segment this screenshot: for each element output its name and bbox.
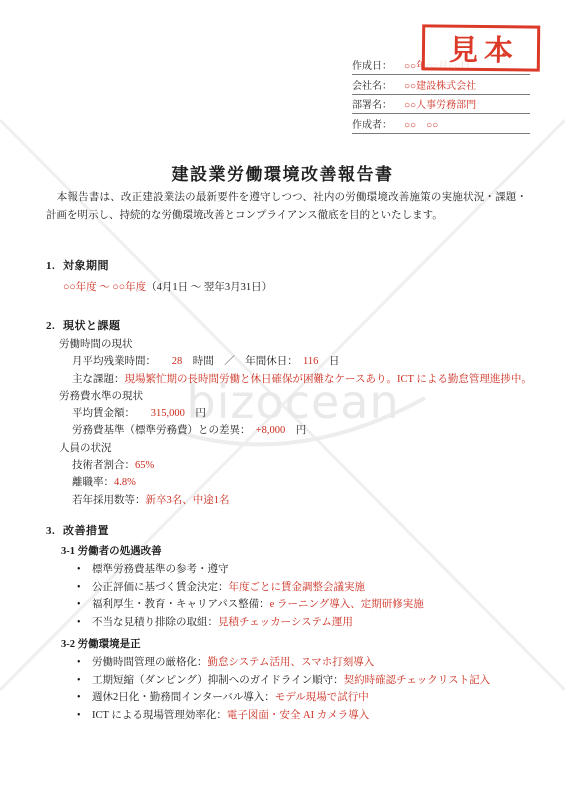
header-row-company-name: 会社名： ○○建設株式会社 — [352, 75, 530, 95]
label-text: 週休2日化・勤務間インターバル導入： — [92, 692, 275, 703]
target-period-line: ○○年度 ～ ○○年度（4月1日 ～ 翌年3月31日） — [46, 279, 546, 296]
header-row-author-name: 作成者： ○○ ○○ — [352, 114, 530, 134]
bullet-unfair-estimate-exclusion: • 不当な見積り排除の取組：見積チェッカーシステム運用 — [46, 614, 546, 632]
label-text: 工期短縮（ダンピング）抑制へのガイドライン順守： — [92, 675, 344, 686]
personnel-subheading: 人員の状況 — [46, 440, 546, 457]
label-text: 月平均残業時間： — [72, 356, 172, 367]
bullet-icon: • — [77, 689, 92, 707]
bullet-text: 福利厚生・教育・キャリアパス整備：e ラーニング導入、定期研修実施 — [92, 596, 424, 614]
label-text: 技術者割合： — [72, 460, 135, 471]
label-text: 円 — [285, 425, 306, 436]
header-row-department-name: 部署名： ○○人事労務部門 — [352, 95, 530, 115]
bullet-welfare-education: • 福利厚生・教育・キャリアパス整備：e ラーニング導入、定期研修実施 — [46, 596, 546, 614]
young-hires-line: 若年採用数等：新卒3名、中途1名 — [46, 492, 546, 509]
section2-number: 2. — [46, 318, 63, 334]
department-name-label: 部署名： — [352, 96, 404, 111]
main-issues-line: 主な課題：現場繁忙期の長時間労働と休日確保が困難なケースあり。ICT による勤怠… — [46, 371, 546, 388]
value-text: 勤怠システム活用、スマホ打刻導入 — [208, 657, 375, 668]
value-text: +8,000 — [256, 425, 286, 436]
value-text: 315,000 — [151, 408, 185, 419]
label-text: 平均賃金額： — [72, 408, 151, 419]
average-wage-line: 平均賃金額： 315,000 円 — [46, 405, 546, 422]
bullet-text: ICT による現場管理効率化：電子図面・安全 AI カメラ導入 — [92, 707, 369, 725]
section-target-period: 1.対象期間 ○○年度 ～ ○○年度（4月1日 ～ 翌年3月31日） — [46, 258, 546, 296]
label-text: 労務費水準の現状 — [59, 391, 143, 402]
label-text: 主な課題： — [72, 374, 125, 385]
label-text: 公正評価に基づく賃金決定： — [92, 582, 229, 593]
bullet-standard-labor-cost: • 標準労務費基準の参考・遵守 — [46, 561, 546, 579]
section2-heading: 2.現状と課題 — [46, 318, 546, 334]
value-text: 現場繁忙期の長時間労働と休日確保が困難なケースあり。ICT による勤怠管理進捗中… — [125, 374, 532, 385]
author-name-label: 作成者： — [352, 116, 404, 131]
bullet-two-day-weekend: • 週休2日化・勤務間インターバル導入：モデル現場で試行中 — [46, 689, 546, 707]
bullet-ict-site-management: • ICT による現場管理効率化：電子図面・安全 AI カメラ導入 — [46, 707, 546, 725]
label-text: 円 — [185, 408, 206, 419]
section1-number: 1. — [46, 258, 63, 274]
working-hours-subheading: 労働時間の現状 — [46, 336, 546, 353]
value-text: 65% — [135, 460, 154, 471]
subsection-3-2-heading: 3-2 労働環境是正 — [46, 636, 546, 653]
label-text: 労働時間の現状 — [59, 339, 133, 350]
intro-paragraph: 本報告書は、改正建設業法の最新要件を遵守しつつ、社内の労働環境改善施策の実施状況… — [46, 189, 527, 224]
bullet-icon: • — [77, 707, 92, 725]
bullet-text: 公正評価に基づく賃金決定：年度ごとに賃金調整会議実施 — [92, 579, 365, 597]
sample-stamp: 見本 — [422, 24, 540, 71]
section3-heading: 3.改善措置 — [46, 523, 546, 539]
label-text: 若年採用数等： — [72, 495, 146, 506]
subsection-3-1-heading: 3-1 労働者の処遇改善 — [46, 543, 546, 560]
label-text: 福利厚生・教育・キャリアパス整備： — [92, 599, 270, 610]
bullet-text: 週休2日化・勤務間インターバル導入：モデル現場で試行中 — [92, 689, 369, 707]
turnover-rate-line: 離職率：4.8% — [46, 474, 546, 491]
bullet-text: 不当な見積り排除の取組：見積チェッカーシステム運用 — [92, 614, 353, 632]
company-name-value: ○○建設株式会社 — [404, 77, 476, 92]
label-text: 標準労務費基準の参考・遵守 — [92, 564, 229, 575]
value-text: 年度ごとに賃金調整会議実施 — [229, 582, 366, 593]
value-text: 28 — [172, 356, 183, 367]
section2-title: 現状と課題 — [63, 320, 121, 332]
bullet-icon: • — [77, 654, 92, 672]
bullet-icon: • — [77, 672, 92, 690]
bullet-text: 労働時間管理の厳格化：勤怠システム活用、スマホ打刻導入 — [92, 654, 374, 672]
label-text: （4月1日 ～ 翌年3月31日） — [146, 282, 272, 293]
label-text: 労務費基準（標準労務費）との差異： — [72, 425, 256, 436]
bullet-fair-wage-decision: • 公正評価に基づく賃金決定：年度ごとに賃金調整会議実施 — [46, 579, 546, 597]
label-text: 人員の状況 — [59, 443, 112, 454]
created-date-label: 作成日： — [352, 57, 404, 72]
section3-number: 3. — [46, 523, 63, 539]
author-name-value: ○○ ○○ — [404, 116, 438, 131]
section-current-status: 2.現状と課題 労働時間の現状 月平均残業時間： 28 時間 ／ 年間休日： 1… — [46, 318, 546, 509]
label-text: 労働時間管理の厳格化： — [92, 657, 208, 668]
value-text: 電子図面・安全 AI カメラ導入 — [227, 710, 369, 721]
label-text: 離職率： — [72, 477, 114, 488]
value-text: 契約時確認チェックリスト記入 — [344, 675, 490, 686]
bullet-icon: • — [77, 614, 92, 632]
section1-heading: 1.対象期間 — [46, 258, 546, 274]
bullet-icon: • — [77, 561, 92, 579]
label-text: 不当な見積り排除の取組： — [92, 617, 218, 628]
value-text: モデル現場で試行中 — [275, 692, 369, 703]
bullet-icon: • — [77, 579, 92, 597]
value-text: 4.8% — [114, 477, 136, 488]
bullet-text: 工期短縮（ダンピング）抑制へのガイドライン順守：契約時確認チェックリスト記入 — [92, 672, 490, 690]
value-text: 見積チェッカーシステム運用 — [218, 617, 353, 628]
bullet-icon: • — [77, 596, 92, 614]
value-text: e ラーニング導入、定期研修実施 — [270, 599, 424, 610]
bullet-working-time-management: • 労働時間管理の厳格化：勤怠システム活用、スマホ打刻導入 — [46, 654, 546, 672]
bullet-dumping-guideline: • 工期短縮（ダンピング）抑制へのガイドライン順守：契約時確認チェックリスト記入 — [46, 672, 546, 690]
report-document-page: bizocean 作成日： ○○年○○月○○日 会社名： ○○建設株式会社 部署… — [0, 0, 565, 800]
label-text: ICT による現場管理効率化： — [92, 710, 227, 721]
value-text: 新卒3名、中途1名 — [146, 495, 230, 506]
value-text: ○○年度 ～ ○○年度 — [63, 282, 146, 293]
label-text: 日 — [318, 356, 339, 367]
engineer-ratio-line: 技術者割合：65% — [46, 457, 546, 474]
section3-title: 改善措置 — [63, 525, 109, 537]
overtime-holidays-line: 月平均残業時間： 28 時間 ／ 年間休日： 116 日 — [46, 353, 546, 370]
labor-cost-subheading: 労務費水準の現状 — [46, 388, 546, 405]
label-text: 時間 ／ 年間休日： — [182, 356, 303, 367]
company-name-label: 会社名： — [352, 77, 404, 92]
document-title: 建設業労働環境改善報告書 — [0, 160, 565, 185]
section-improvement-measures: 3.改善措置 3-1 労働者の処遇改善 • 標準労務費基準の参考・遵守 • 公正… — [46, 523, 546, 725]
department-name-value: ○○人事労務部門 — [404, 96, 476, 111]
value-text: 116 — [303, 356, 318, 367]
labor-cost-difference-line: 労務費基準（標準労務費）との差異： +8,000 円 — [46, 422, 546, 439]
section1-title: 対象期間 — [63, 260, 109, 272]
bullet-text: 標準労務費基準の参考・遵守 — [92, 561, 229, 579]
